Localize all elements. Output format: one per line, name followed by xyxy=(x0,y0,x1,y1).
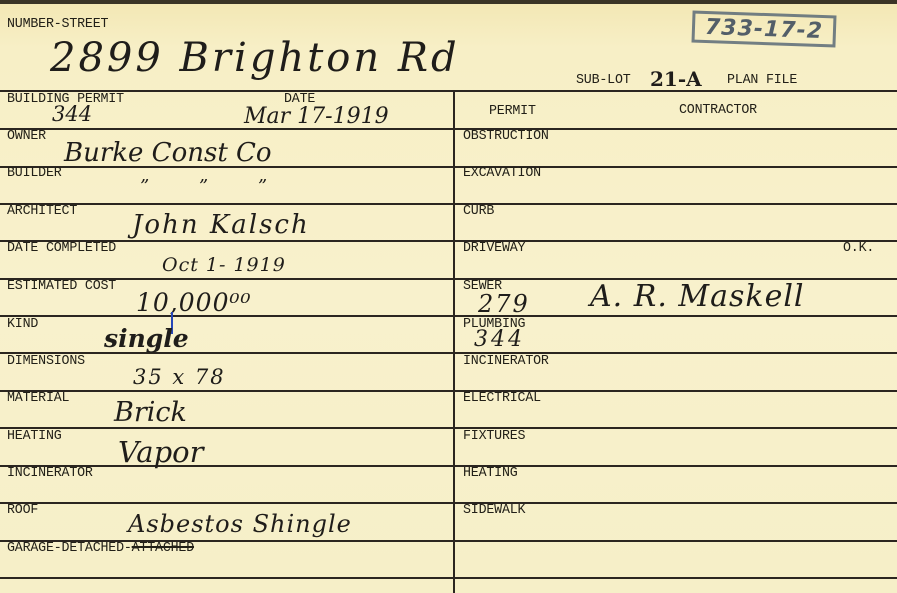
fixtures-label: FIXTURES xyxy=(463,429,525,443)
electrical-label: ELECTRICAL xyxy=(463,391,541,405)
incinerator-label: INCINERATOR xyxy=(7,466,93,480)
sublot-label: SUB-LOT xyxy=(576,73,631,87)
plan-file-label: PLAN FILE xyxy=(727,73,797,87)
sublot-value: 21-A xyxy=(650,69,702,89)
garage-label: GARAGE-DETACHED-ATTACHED xyxy=(7,541,194,555)
rule xyxy=(0,90,897,92)
date-completed-label: DATE COMPLETED xyxy=(7,241,116,255)
roof-value: Asbestos Shingle xyxy=(128,512,352,536)
file-number-stamp: 733-17-2 xyxy=(691,10,836,47)
owner-label: OWNER xyxy=(7,129,46,143)
building-permit-value: 344 xyxy=(52,104,92,125)
permit-header: PERMIT xyxy=(489,104,536,118)
driveway-contractor: O.K. xyxy=(843,241,874,255)
rule xyxy=(0,240,897,242)
rule xyxy=(0,390,897,392)
obstruction-label: OBSTRUCTION xyxy=(463,129,549,143)
contractor-header: CONTRACTOR xyxy=(679,103,757,117)
rule xyxy=(0,203,897,205)
sewer-contractor: A. R. Maskell xyxy=(590,282,805,312)
incinerator-permit-label: INCINERATOR xyxy=(463,354,549,368)
owner-value: Burke Const Co xyxy=(64,140,272,166)
rule xyxy=(0,577,897,579)
plumbing-permit: 344 xyxy=(474,329,525,351)
sidewalk-label: SIDEWALK xyxy=(463,503,525,517)
material-value: Brick xyxy=(114,399,187,426)
builder-label: BUILDER xyxy=(7,166,62,180)
kind-label: KIND xyxy=(7,317,38,331)
heating-value: Vapor xyxy=(118,438,203,467)
architect-value: John Kalsch xyxy=(132,212,310,238)
address-value: 2899 Brighton Rd xyxy=(50,38,460,78)
estimated-cost-value: 10,000⁰⁰ xyxy=(136,290,252,315)
rule xyxy=(0,128,897,130)
dimensions-label: DIMENSIONS xyxy=(7,354,85,368)
sewer-permit: 279 xyxy=(478,292,530,316)
curb-label: CURB xyxy=(463,204,494,218)
driveway-label: DRIVEWAY xyxy=(463,241,525,255)
kind-value: single xyxy=(104,326,189,351)
heating-permit-label: HEATING xyxy=(463,466,518,480)
dimensions-value: 35 x 78 xyxy=(133,367,226,388)
file-number-text: 733-17-2 xyxy=(705,14,824,43)
rule xyxy=(0,502,897,504)
garage-detached-text: GARAGE-DETACHED- xyxy=(7,540,132,556)
heating-label: HEATING xyxy=(7,429,62,443)
material-label: MATERIAL xyxy=(7,391,69,405)
permit-index-card: NUMBER-STREET 2899 Brighton Rd 733-17-2 … xyxy=(0,0,897,593)
garage-attached-struck-text: ATTACHED xyxy=(132,540,194,556)
rule xyxy=(0,315,897,317)
architect-label: ARCHITECT xyxy=(7,204,77,218)
column-divider xyxy=(453,90,455,593)
builder-value: ” ” ” xyxy=(140,178,289,196)
estimated-cost-label: ESTIMATED COST xyxy=(7,279,116,293)
excavation-label: EXCAVATION xyxy=(463,166,541,180)
number-street-label: NUMBER-STREET xyxy=(7,17,108,31)
date-completed-value: Oct 1- 1919 xyxy=(162,256,286,275)
roof-label: ROOF xyxy=(7,503,38,517)
date-value: Mar 17-1919 xyxy=(244,106,389,128)
